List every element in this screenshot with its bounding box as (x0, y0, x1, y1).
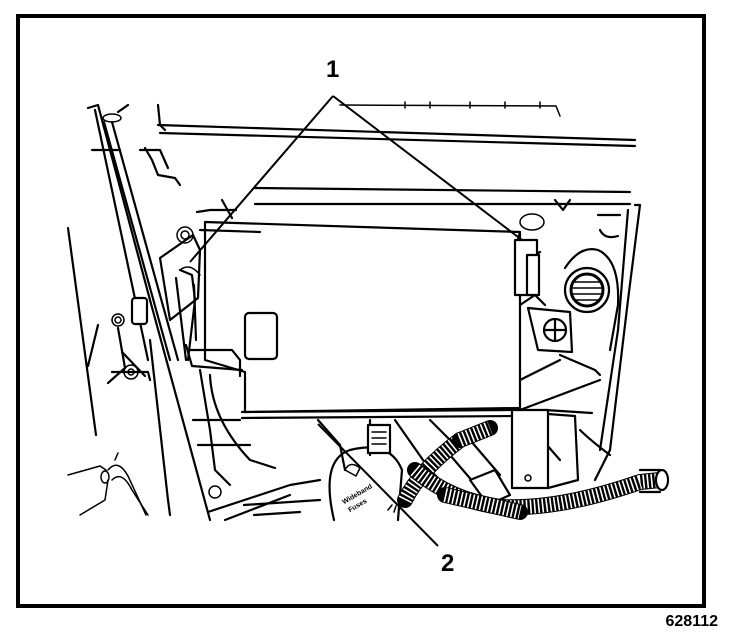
left-wire (68, 453, 148, 515)
figure-id-number: 628112 (665, 613, 718, 631)
relay-block (512, 410, 610, 488)
module-housing (176, 222, 520, 418)
left-pillar-trim (68, 105, 210, 520)
module-illustration: Wideband Fuses (0, 0, 736, 644)
leader-1-right (333, 96, 522, 240)
dash-panel-lines (158, 102, 635, 210)
callout-1-label: 1 (326, 58, 339, 82)
round-component: Wideband Fuses (330, 448, 402, 521)
callout-2-label: 2 (441, 552, 454, 576)
